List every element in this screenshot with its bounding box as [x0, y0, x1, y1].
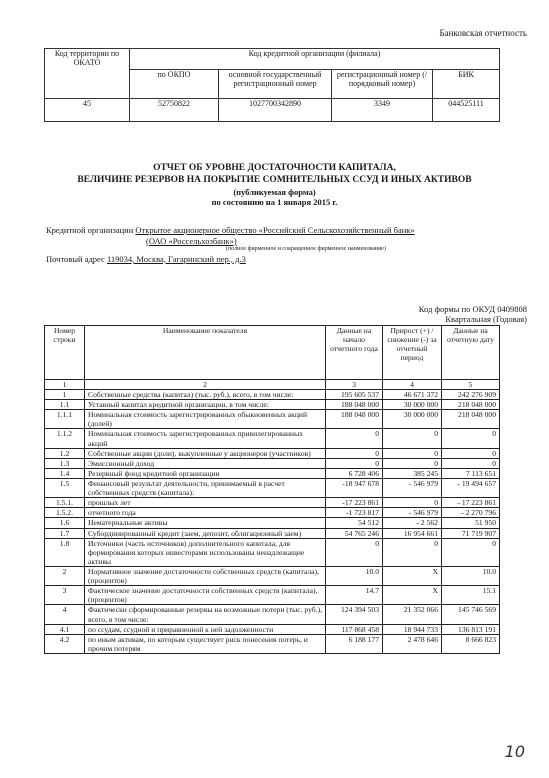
- change-value: 385 245: [383, 468, 442, 478]
- start-value: 188 048 000: [326, 410, 383, 429]
- row-number: 1.4: [45, 468, 85, 478]
- end-value: 0: [442, 429, 500, 448]
- form-code-block: Код формы по ОКУД 0409808 Квартальная (Г…: [419, 304, 527, 324]
- start-value: 6 728 406: [326, 468, 383, 478]
- indicator-name: Нематериальные активы: [85, 518, 326, 528]
- start-value: 54 765 246: [326, 528, 383, 538]
- row-number: 1.8: [45, 538, 85, 566]
- table-row: 1.4Резервный фонд кредитной организации6…: [45, 468, 500, 478]
- table-row: 2Нормативное значение достаточности собс…: [45, 566, 500, 585]
- table-row: 3Фактическое значение достаточности собс…: [45, 586, 500, 605]
- end-value: 0: [442, 448, 500, 458]
- row-number: 1.6: [45, 518, 85, 528]
- row-number: 1.5.1.: [45, 498, 85, 508]
- start-value: 188 048 000: [326, 400, 383, 410]
- start-value: -17 223 861: [326, 498, 383, 508]
- title-line-4: по состоянию на 1 января 2015 г.: [0, 197, 549, 208]
- okato-value: 45: [45, 99, 130, 122]
- okpo-header: по ОКПО: [130, 70, 219, 99]
- row-number: 1.1.1: [45, 410, 85, 429]
- org-short-name: (ОАО «Россельхозбанк»): [146, 236, 237, 246]
- start-value: 0: [326, 458, 383, 468]
- row-number: 1.2: [45, 448, 85, 458]
- row-number: 1.5.2.: [45, 508, 85, 518]
- regnum-header: регистрационный номер (/порядковый номер…: [332, 70, 433, 99]
- header-start-value: Данные на начало отчетного года: [326, 326, 383, 380]
- row-number: 3: [45, 586, 85, 605]
- indicator-name: Уставный капитал кредитной организации, …: [85, 400, 326, 410]
- change-value: 2 478 646: [383, 634, 442, 653]
- indicator-name: Нормативное значение достаточности собст…: [85, 566, 326, 585]
- ogrn-header: основной государственный регистрационный…: [219, 70, 332, 99]
- header-change: Прирост (+) / снижение (-) за отчетный п…: [383, 326, 442, 380]
- table-row: 4Фактически сформированные резервы на во…: [45, 605, 500, 624]
- table-row: 1.5.1.прошлых лет-17 223 8610- 17 223 86…: [45, 498, 500, 508]
- indicator-name: Источники (часть источников) дополнитель…: [85, 538, 326, 566]
- address-label: Почтовый адрес: [46, 254, 105, 264]
- end-value: 10.0: [442, 566, 500, 585]
- table-row: 1.1.1Номинальная стоимость зарегистриров…: [45, 410, 500, 429]
- end-value: - 2 270 796: [442, 508, 500, 518]
- change-value: 30 000 000: [383, 400, 442, 410]
- start-value: 117 868 458: [326, 624, 383, 634]
- ogrn-value: 1027700342890: [219, 99, 332, 122]
- indicator-name: по иным активам, по которым существует р…: [85, 634, 326, 653]
- end-value: 242 276 909: [442, 390, 500, 400]
- indicator-name: Финансовый результат деятельности, прини…: [85, 478, 326, 497]
- row-number: 2: [45, 566, 85, 585]
- row-number: 4: [45, 605, 85, 624]
- change-value: - 546 979: [383, 478, 442, 497]
- end-value: 136 813 191: [442, 624, 500, 634]
- start-value: 0: [326, 429, 383, 448]
- indicator-name: Резервный фонд кредитной организации: [85, 468, 326, 478]
- change-value: X: [383, 566, 442, 585]
- end-value: - 19 494 657: [442, 478, 500, 497]
- row-number: 4.2: [45, 634, 85, 653]
- table-row: 4.2по иным активам, по которым существуе…: [45, 634, 500, 653]
- end-value: 0: [442, 458, 500, 468]
- change-value: 0: [383, 458, 442, 468]
- change-value: 0: [383, 498, 442, 508]
- start-value: 0: [326, 448, 383, 458]
- start-value: -1 723 817: [326, 508, 383, 518]
- table-row: 1.3Эмиссионный доход000: [45, 458, 500, 468]
- end-value: 8 666 823: [442, 634, 500, 653]
- regnum-value: 3349: [332, 99, 433, 122]
- table-row: 1.2Собственные акции (доли), выкупленные…: [45, 448, 500, 458]
- change-value: - 2 562: [383, 518, 442, 528]
- org-label: Кредитной организации: [46, 225, 133, 235]
- indicator-name: Собственные акции (доли), выкупленные у …: [85, 448, 326, 458]
- change-value: 18 944 733: [383, 624, 442, 634]
- table-row: 4.1по ссудам, ссудной и приравненной к н…: [45, 624, 500, 634]
- indicator-name: Номинальная стоимость зарегистрированных…: [85, 429, 326, 448]
- bik-value: 044525111: [433, 99, 500, 122]
- end-value: 51 950: [442, 518, 500, 528]
- header-end-value: Данные на отчетную дату: [442, 326, 500, 380]
- title-line-2: ВЕЛИЧИНЕ РЕЗЕРВОВ НА ПОКРЫТИЕ СОМНИТЕЛЬН…: [0, 175, 549, 187]
- change-value: 21 352 066: [383, 605, 442, 624]
- codes-table: Код территории по ОКАТО Код кредитной ор…: [44, 48, 500, 122]
- row-number: 1.7: [45, 528, 85, 538]
- table-row: 1.8Источники (часть источников) дополнит…: [45, 538, 500, 566]
- row-number: 1.1: [45, 400, 85, 410]
- table-row: 1.6Нематериальные активы54 512- 2 56251 …: [45, 518, 500, 528]
- title-line-3: (публикуемая форма): [0, 187, 549, 198]
- end-value: 71 719 907: [442, 528, 500, 538]
- start-value: 14.7: [326, 586, 383, 605]
- capital-adequacy-table: Номер строки Наименование показателя Дан…: [44, 325, 500, 654]
- start-value: 6 188 177: [326, 634, 383, 653]
- row-number: 1.5: [45, 478, 85, 497]
- end-value: 7 113 651: [442, 468, 500, 478]
- territory-header: Код территории по ОКАТО: [45, 49, 130, 99]
- end-value: 15.1: [442, 586, 500, 605]
- col-number-4: 4: [383, 380, 442, 390]
- change-value: 0: [383, 429, 442, 448]
- header-row-number: Номер строки: [45, 326, 85, 380]
- change-value: 46 671 372: [383, 390, 442, 400]
- indicator-name: Фактически сформированные резервы на воз…: [85, 605, 326, 624]
- row-number: 1.1.2: [45, 429, 85, 448]
- header-indicator-name: Наименование показателя: [85, 326, 326, 380]
- change-value: 16 954 661: [383, 528, 442, 538]
- bik-header: БИК: [433, 70, 500, 99]
- table-row: 1.1Уставный капитал кредитной организаци…: [45, 400, 500, 410]
- end-value: 0: [442, 538, 500, 566]
- org-full-name: Открытое акционерное общество «Российски…: [135, 225, 414, 235]
- start-value: 124 394 503: [326, 605, 383, 624]
- end-value: - 17 223 861: [442, 498, 500, 508]
- change-value: X: [383, 586, 442, 605]
- start-value: 10.0: [326, 566, 383, 585]
- change-value: 0: [383, 448, 442, 458]
- page-number: 10: [505, 742, 525, 761]
- start-value: 0: [326, 538, 383, 566]
- table-row: 1.7Субординированный кредит (заем, депоз…: [45, 528, 500, 538]
- row-number: 1.3: [45, 458, 85, 468]
- col-number-2: 2: [85, 380, 326, 390]
- table-row: 1.5Финансовый результат деятельности, пр…: [45, 478, 500, 497]
- indicator-name: по ссудам, ссудной и приравненной к ней …: [85, 624, 326, 634]
- col-number-1: 1: [45, 380, 85, 390]
- indicator-name: Собственные средства (капитал) (тыс. руб…: [85, 390, 326, 400]
- end-value: 145 746 569: [442, 605, 500, 624]
- table-row: 1.1.2Номинальная стоимость зарегистриров…: [45, 429, 500, 448]
- report-title: ОТЧЕТ ОБ УРОВНЕ ДОСТАТОЧНОСТИ КАПИТАЛА, …: [0, 163, 549, 208]
- okud-code: Код формы по ОКУД 0409808: [419, 304, 527, 314]
- report-type-label: Банковская отчетность: [439, 28, 527, 38]
- start-value: 54 512: [326, 518, 383, 528]
- change-value: - 546 979: [383, 508, 442, 518]
- row-number: 1: [45, 390, 85, 400]
- col-number-3: 3: [326, 380, 383, 390]
- org-code-header: Код кредитной организации (филиала): [130, 49, 500, 70]
- indicator-name: прошлых лет: [85, 498, 326, 508]
- indicator-name: Эмиссионный доход: [85, 458, 326, 468]
- table-row: 1Собственные средства (капитал) (тыс. ру…: [45, 390, 500, 400]
- indicator-name: Субординированный кредит (заем, депозит,…: [85, 528, 326, 538]
- org-name-hint: (полное фирменное и сокращенное фирменно…: [46, 246, 415, 254]
- col-number-5: 5: [442, 380, 500, 390]
- table-row: 1.5.2.отчетного года-1 723 817- 546 979-…: [45, 508, 500, 518]
- end-value: 218 048 000: [442, 410, 500, 429]
- title-line-1: ОТЧЕТ ОБ УРОВНЕ ДОСТАТОЧНОСТИ КАПИТАЛА,: [0, 163, 549, 175]
- periodicity: Квартальная (Годовая): [419, 314, 527, 324]
- end-value: 218 048 000: [442, 400, 500, 410]
- row-number: 4.1: [45, 624, 85, 634]
- indicator-name: Номинальная стоимость зарегистрированных…: [85, 410, 326, 429]
- indicator-name: Фактическое значение достаточности собст…: [85, 586, 326, 605]
- organization-block: Кредитной организации Открытое акционерн…: [46, 225, 415, 264]
- change-value: 30 000 000: [383, 410, 442, 429]
- start-value: 195 605 537: [326, 390, 383, 400]
- start-value: -18 947 678: [326, 478, 383, 497]
- okpo-value: 52750822: [130, 99, 219, 122]
- indicator-name: отчетного года: [85, 508, 326, 518]
- change-value: 0: [383, 538, 442, 566]
- address-value: 119034, Москва, Гагаринский пер., д.3: [107, 254, 246, 264]
